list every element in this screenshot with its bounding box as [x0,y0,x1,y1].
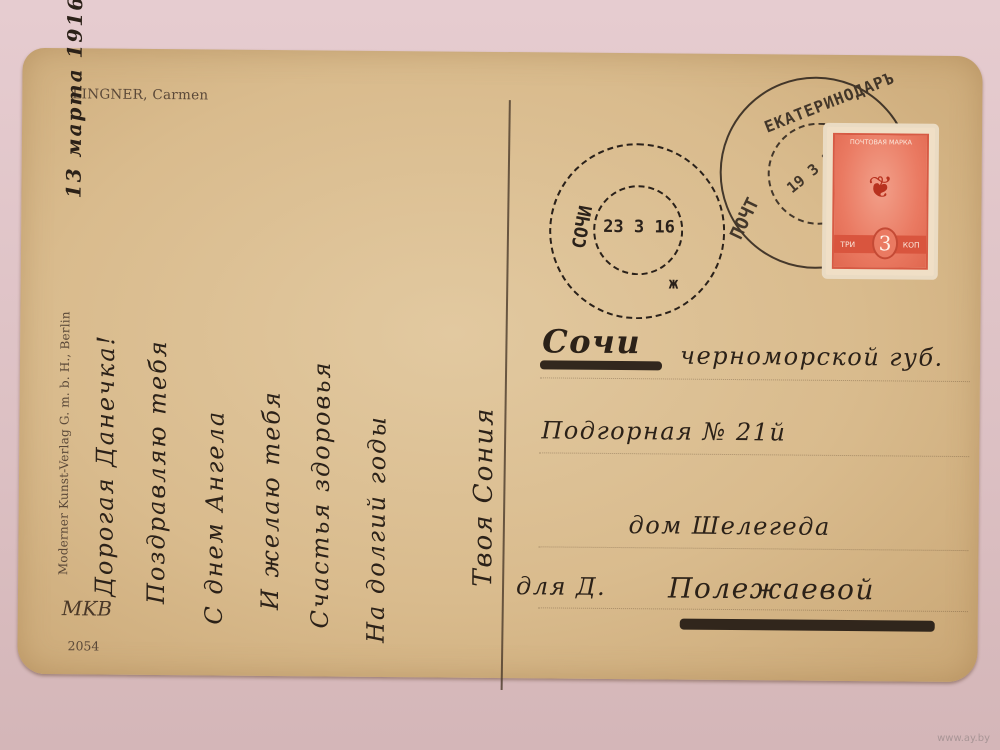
city-underline [540,360,662,370]
message-line-1: Дорогая Данечка! [90,334,120,597]
stamp-header: ПОЧТОВАЯ МАРКА [835,138,927,147]
postmark-sochi-series: ж [669,273,679,292]
message-line-4: И желаю тебя [256,390,286,610]
double-eagle-icon: ❦ [864,165,896,211]
publisher-monogram: MKB [62,596,112,620]
postmark-sochi-date: 23 3 16 [603,217,675,238]
postmark-sochi-city: СОЧИ [569,204,598,250]
address-rule-3 [538,546,968,551]
card-number: 2054 [67,638,99,653]
artist-title: LINGNER, Carmen [72,86,208,103]
signature: Твоя Сония [468,406,500,587]
postmark-sochi: СОЧИ 23 3 16 ж [548,142,726,320]
message-line-5: Счастья здоровья [306,360,336,628]
address-rule-2 [539,452,969,457]
message-date: 13 марта 1916 г. [61,0,87,198]
address-rule-1 [540,377,970,382]
watermark: www.ay.by [937,733,990,744]
address-rule-4 [538,607,968,612]
stamp-value-right: КОП [903,240,920,249]
address-recipient-prefix: для Д. [516,572,606,601]
address-street: Подгорная № 21й [541,416,786,446]
address-recipient: Полежаевой [668,571,875,606]
center-divider [501,100,511,690]
stamp-value-number: 3 [872,227,898,259]
message-line-6: На долгий годы [362,415,392,643]
publisher-line: Moderner Kunst-Verlag G. m. b. H., Berli… [56,283,73,603]
message-line-3: С днем Ангела [200,410,230,625]
message-line-2: Поздравляю тебя [142,339,172,604]
postmark-ekaterinodar-series: ПОЧТ [726,195,764,243]
address-city: Сочи [542,322,641,361]
postcard-back: LINGNER, Carmen Moderner Kunst-Verlag G.… [17,48,982,682]
address-region: черноморской губ. [680,342,944,372]
stamp-value-left: ТРИ [840,239,855,248]
address-house: дом Шелегеда [628,511,830,541]
postage-stamp: ПОЧТОВАЯ МАРКА ❦ ТРИ КОП 3 [826,127,935,276]
recipient-underline [680,619,935,632]
